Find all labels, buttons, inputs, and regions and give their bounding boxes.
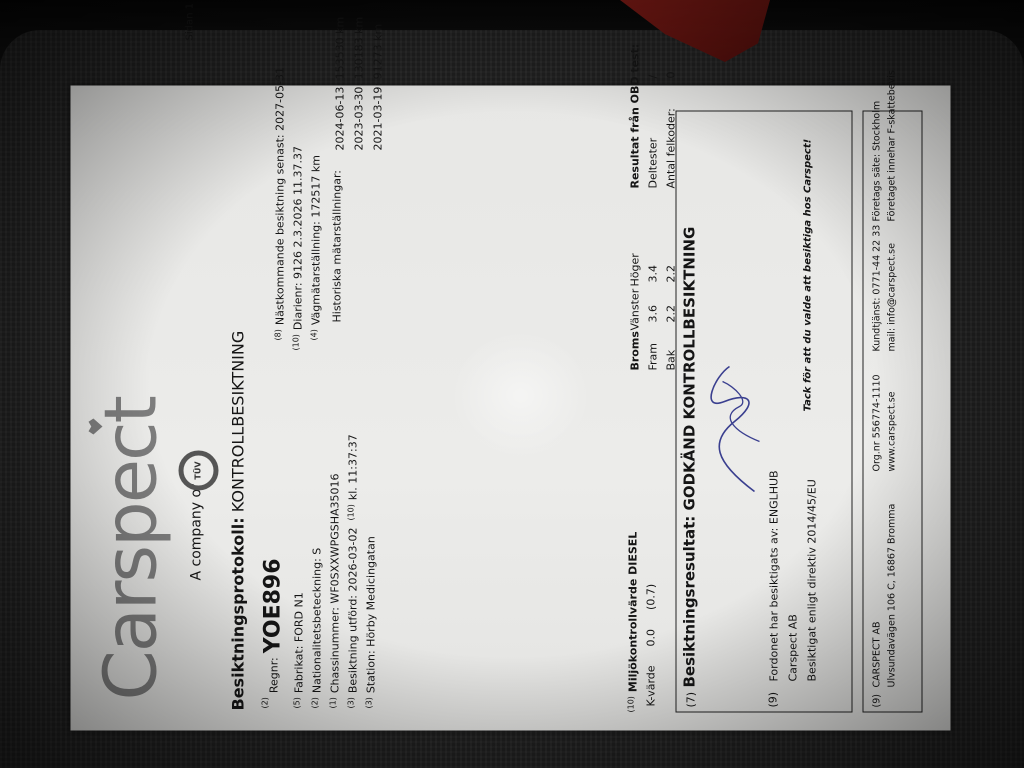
emissions-title: (10)Miljökontrollvärde DIESEL — [626, 531, 639, 712]
historical-entry: 2024-06-13: 153530 km — [330, 16, 349, 150]
historical-entry: 2021-03-19: 91273 km — [368, 16, 387, 150]
nationality-field: (2)Nationalitetsbeteckning: S — [310, 547, 323, 708]
page-indicator: Sidan 1 av 1 — [184, 0, 195, 40]
regnr-field: (2)Regnr:YOE896 — [260, 558, 285, 708]
inspector-signature — [704, 361, 764, 501]
result-box: (7) Besiktningsresultat: GODKÄND KONTROL… — [675, 110, 852, 712]
historical-odometer-list: 2024-06-13: 153530 km 2023-03-30: 130183… — [330, 16, 387, 150]
fabrikat-field: (5)Fabrikat: FORD N1 — [292, 592, 305, 708]
footer-box: (9) CARSPECT ABUlvsundavägen 106 C, 1686… — [862, 110, 922, 712]
obd-results: Resultat från OBD test: Deltester/ Antal… — [626, 43, 680, 188]
thank-you-note: Tack för att du valde att besiktiga hos … — [802, 138, 813, 411]
protocol-title: Besiktningsprotokoll: KONTROLLBESIKTNING — [228, 330, 247, 710]
k-value-row: K-värde 0.0 (0.7) — [644, 583, 657, 706]
footer-contact: Kundtjänst: 0771-44 22 33mail: info@cars… — [869, 224, 899, 351]
tuv-badge-icon: TÜV — [178, 450, 218, 490]
document-photo: Carspect A company of TÜV SWEDAC ♛♛ ♛ AC… — [70, 85, 950, 730]
next-inspection-field: (8)Nästkommande besiktning senast: 2027-… — [273, 66, 286, 340]
odometer-field: (4)Vägmätarställning: 172517 km — [309, 155, 322, 340]
inspector-id: ENGLHUB — [767, 470, 780, 524]
inspector-num: (9) — [766, 691, 779, 707]
historical-odometer-label: Historiska mätarställningar: — [330, 169, 343, 322]
footer-legal: Företags säte: StockholmFöretaget inneha… — [869, 70, 899, 221]
inspection-date-field: (3)Besiktning utförd: 2026-03-02 (10)kl.… — [346, 434, 359, 708]
inspector-info: Fordonet har besiktigats av: ENGLHUB Car… — [764, 470, 821, 681]
brake-row-front: Fram3.63.4 — [644, 253, 662, 370]
footer-org: Org.nr 556774-1110www.carspect.se — [869, 374, 899, 471]
brake-table: BromsVänsterHöger Fram3.63.4 Bak2.22.2 — [626, 253, 680, 370]
footer-company: CARSPECT ABUlvsundavägen 106 C, 16867 Br… — [869, 503, 899, 687]
station-field: (3)Station: Hörby Medicingatan — [364, 536, 377, 708]
company-of-label: A company of — [188, 484, 204, 581]
diarienr-field: (10)Diarienr: 9126 2.3.2026 11.37.37 — [291, 145, 304, 350]
historical-entry: 2023-03-30: 130183 km — [349, 16, 368, 150]
inspection-result: Besiktningsresultat: GODKÄND KONTROLLBES… — [680, 226, 698, 687]
paper-crease — [450, 330, 590, 460]
regnr-value: YOE896 — [260, 558, 285, 653]
chassis-field: (1)Chassinummer: WF0SXXWPGSHA35016 — [328, 473, 341, 708]
result-num: (7) — [684, 691, 697, 707]
carspect-logo: Carspect — [88, 397, 172, 700]
inspection-protocol-page: Carspect A company of TÜV SWEDAC ♛♛ ♛ AC… — [70, 85, 950, 730]
